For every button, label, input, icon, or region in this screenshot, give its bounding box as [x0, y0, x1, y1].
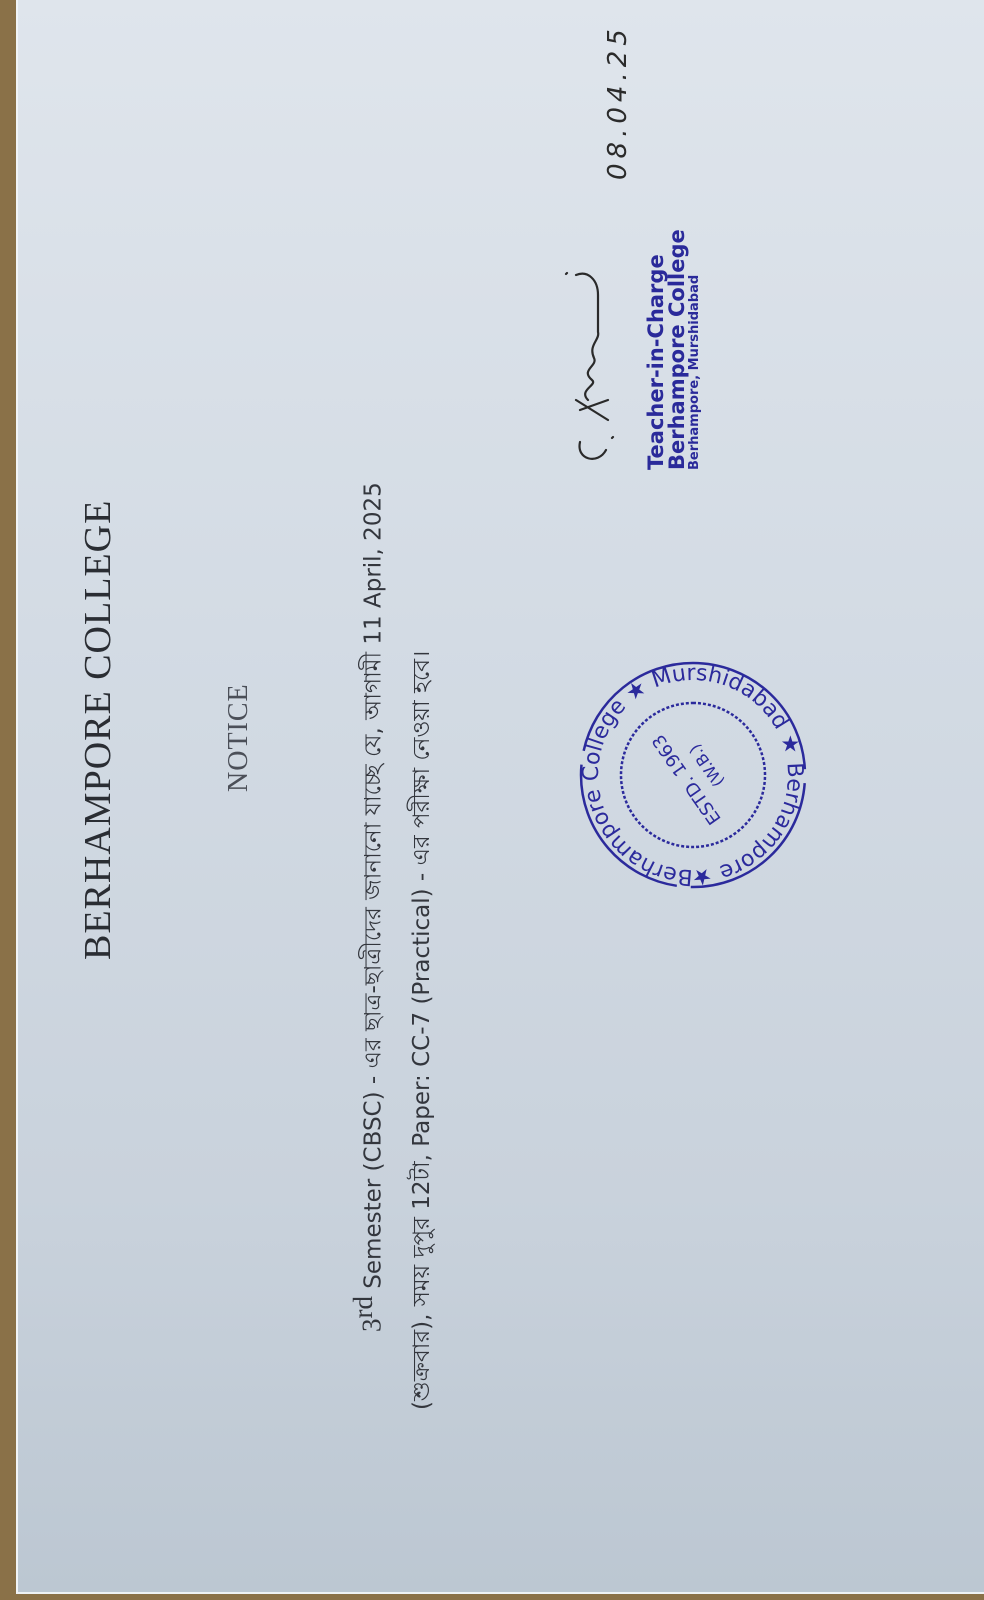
designation-line-2: Berhampore College	[667, 229, 688, 470]
notice-paper: BERHAMPORE COLLEGE NOTICE 3rd Semester (…	[16, 0, 984, 1594]
college-seal-icon: Berhampore College ★ Murshidabad ★ Berha…	[573, 655, 813, 895]
designation-line-3: Berhampore, Murshidabad	[688, 229, 701, 470]
designation-line-1: Teacher-in-Charge	[646, 229, 667, 470]
designation-stamp: Teacher-in-Charge Berhampore College Ber…	[646, 229, 701, 470]
notice-page: BERHAMPORE COLLEGE NOTICE 3rd Semester (…	[18, 0, 984, 1600]
signature-date: 08.04.25	[603, 24, 633, 180]
body-text-2b: Paper: CC-7 (Practical) - এর পরীক্ষা নেও…	[409, 651, 435, 1147]
body-text-2a: (শুক্রবার), সময় দুপুর 12টা,	[409, 1147, 435, 1410]
body-text-1: Semester (CBSC) - এর ছাত্র-ছাত্রীদের জান…	[361, 482, 387, 1296]
notice-title: NOTICE	[223, 683, 255, 792]
notice-body-line-1: 3rd Semester (CBSC) - এর ছাত্র-ছাত্রীদের…	[348, 482, 394, 1332]
ordinal-number: 3	[357, 1319, 387, 1333]
institution-heading: BERHAMPORE COLLEGE	[76, 500, 120, 960]
ordinal-suffix: rd	[348, 1296, 378, 1319]
signature-icon	[558, 260, 628, 470]
notice-body-line-2: (শুক্রবার), সময় দুপুর 12টা, Paper: CC-7…	[403, 651, 442, 1410]
